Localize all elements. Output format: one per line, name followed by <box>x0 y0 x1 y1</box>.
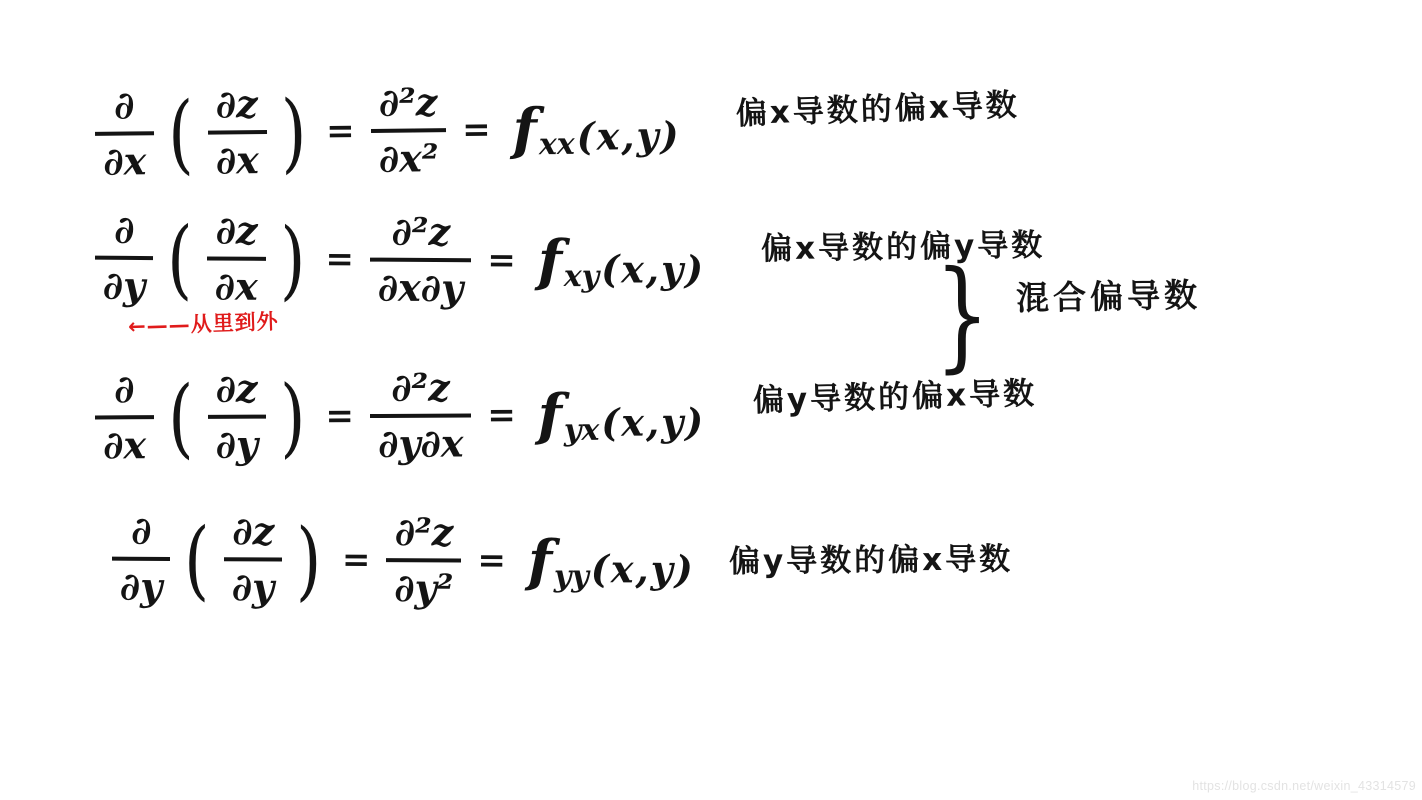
function-name: f <box>512 104 537 155</box>
function-notation: f xx (x,y) <box>512 103 680 155</box>
close-paren: ) <box>280 95 306 173</box>
function-arguments: (x,y) <box>591 550 695 589</box>
chinese-annotation: 偏y导数的偏x导数 <box>753 378 1038 416</box>
function-name: f <box>538 236 562 287</box>
function-notation: f yy (x,y) <box>528 536 695 587</box>
fraction-denominator: ∂x <box>95 415 154 466</box>
outer-derivative-fraction: ∂ ∂x <box>95 368 154 466</box>
fraction-numerator: ∂z <box>208 368 266 415</box>
equals-sign: = <box>336 543 377 577</box>
formula-row-fyy: ∂ ∂y ( ∂z ∂y ) = ∂²z ∂y² = f yy (x,y) 偏y… <box>112 510 1014 613</box>
function-subscript: yy <box>554 562 589 592</box>
inner-derivative-fraction: ∂z ∂y <box>224 510 283 608</box>
handwritten-notes-page: ∂ ∂x ( ∂z ∂x ) = ∂²z ∂x² = f xx (x,y) 偏x… <box>0 0 1422 800</box>
inner-derivative-fraction: ∂z ∂x <box>207 83 267 182</box>
fraction-denominator: ∂x <box>207 256 266 307</box>
inner-derivative-fraction: ∂z ∂x <box>207 209 267 307</box>
function-name: f <box>528 536 552 587</box>
mixed-partials-label: 混合偏导数 <box>1016 269 1202 319</box>
curly-brace: } <box>935 256 990 376</box>
csdn-watermark: https://blog.csdn.net/weixin_43314579 <box>1192 779 1416 793</box>
close-paren: ) <box>280 222 306 300</box>
fraction-numerator: ∂²z <box>387 511 462 558</box>
fraction-numerator: ∂ <box>106 84 143 131</box>
function-subscript: xx <box>539 130 575 160</box>
formula-row-fxy: ∂ ∂y ( ∂z ∂x ) = ∂²z ∂x∂y = f xy (x,y) 偏… <box>95 209 1046 314</box>
outer-derivative-fraction: ∂ ∂y <box>95 209 154 307</box>
fraction-denominator: ∂x∂y <box>370 258 472 310</box>
red-inside-to-outside-note: ←——从里到外 <box>128 305 280 340</box>
fraction-denominator: ∂y <box>112 557 171 608</box>
close-paren: ) <box>296 523 322 601</box>
chinese-annotation: 偏x导数的偏x导数 <box>736 90 1021 130</box>
equals-sign: = <box>481 243 522 277</box>
function-notation: f xy (x,y) <box>538 236 706 288</box>
inner-derivative-fraction: ∂z ∂y <box>207 368 266 466</box>
fraction-denominator: ∂y <box>208 415 267 466</box>
second-derivative-fraction: ∂²z ∂x∂y <box>370 211 472 310</box>
function-arguments: (x,y) <box>601 250 705 289</box>
second-derivative-fraction: ∂²z ∂y² <box>386 511 462 609</box>
fraction-numerator: ∂z <box>208 83 266 131</box>
equals-sign: = <box>319 242 360 276</box>
equals-sign: = <box>481 398 522 432</box>
formula-row-fxx: ∂ ∂x ( ∂z ∂x ) = ∂²z ∂x² = f xx (x,y) 偏x… <box>95 75 1021 183</box>
fraction-numerator: ∂ <box>106 368 143 415</box>
function-subscript: yx <box>564 416 599 446</box>
open-paren: ( <box>168 380 194 458</box>
function-subscript: xy <box>564 262 600 292</box>
fraction-numerator: ∂²z <box>371 81 446 129</box>
fraction-numerator: ∂ <box>123 510 160 557</box>
open-paren: ( <box>167 221 193 299</box>
fraction-denominator: ∂x <box>208 130 267 182</box>
mixed-partials-group: } 混合偏导数 <box>924 256 1201 376</box>
fraction-numerator: ∂z <box>208 209 266 256</box>
formula-row-fyx: ∂ ∂x ( ∂z ∂y ) = ∂²z ∂y∂x = f yx (x,y) 偏… <box>95 364 1038 467</box>
fraction-denominator: ∂y² <box>386 558 461 609</box>
fraction-denominator: ∂x <box>95 131 154 183</box>
equals-sign: = <box>471 544 512 578</box>
fraction-numerator: ∂ <box>106 209 143 256</box>
fraction-numerator: ∂²z <box>383 211 458 259</box>
outer-derivative-fraction: ∂ ∂y <box>112 510 171 608</box>
fraction-denominator: ∂y <box>224 557 283 608</box>
fraction-denominator: ∂x² <box>371 128 447 180</box>
chinese-annotation: 偏y导数的偏x导数 <box>729 544 1013 577</box>
fraction-numerator: ∂²z <box>383 367 458 414</box>
open-paren: ( <box>168 96 194 174</box>
equals-sign: = <box>319 399 360 433</box>
function-arguments: (x,y) <box>576 117 680 156</box>
function-arguments: (x,y) <box>601 403 705 442</box>
equals-sign: = <box>320 114 361 148</box>
fraction-denominator: ∂y <box>95 256 154 307</box>
second-derivative-fraction: ∂²z ∂y∂x <box>370 366 472 465</box>
equals-sign: = <box>456 113 497 147</box>
function-name: f <box>538 390 562 441</box>
fraction-denominator: ∂y∂x <box>370 413 472 465</box>
function-notation: f yx (x,y) <box>538 389 706 440</box>
fraction-numerator: ∂z <box>224 510 282 557</box>
second-derivative-fraction: ∂²z ∂x² <box>370 81 447 180</box>
close-paren: ) <box>280 380 306 458</box>
outer-derivative-fraction: ∂ ∂x <box>95 84 155 183</box>
open-paren: ( <box>184 522 210 600</box>
